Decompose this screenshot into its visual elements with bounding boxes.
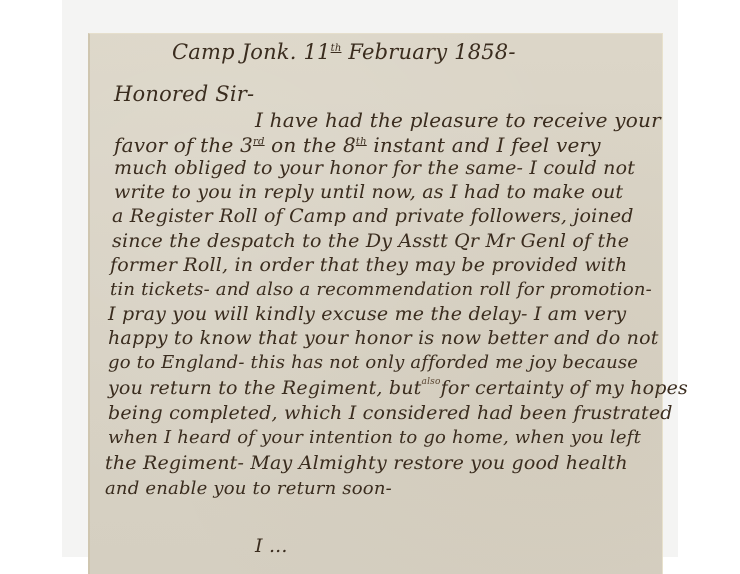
body-line-8: tin tickets- and also a recommendation r… xyxy=(110,279,652,300)
body-line-13: being completed, which I considered had … xyxy=(108,402,673,424)
inserted-word: also xyxy=(422,377,441,387)
body-line-1: I have had the pleasure to receive your xyxy=(255,108,661,132)
heading-day: 11 xyxy=(304,40,331,64)
heading-place: Camp Jonk. xyxy=(172,40,297,64)
body-line-7: former Roll, in order that they may be p… xyxy=(110,254,627,276)
body-line-16: and enable you to return soon- xyxy=(105,478,392,499)
superscript-th: th xyxy=(356,136,367,147)
body-line-9: I pray you will kindly excuse me the del… xyxy=(108,303,626,325)
body-line-5: a Register Roll of Camp and private foll… xyxy=(112,205,634,227)
heading-day-suffix: th xyxy=(331,43,342,54)
body-line-11: go to England- this has not only afforde… xyxy=(108,352,638,373)
salutation: Honored Sir- xyxy=(114,82,254,106)
body-line-14: when I heard of your intention to go hom… xyxy=(108,427,641,448)
body-line-17-partial: I ... xyxy=(255,535,288,557)
body-line-10: happy to know that your honor is now bet… xyxy=(108,327,659,349)
body-line-6: since the despatch to the Dy Asstt Qr Mr… xyxy=(112,230,629,252)
superscript-rd: rd xyxy=(253,136,265,147)
body-line-12: you return to the Regiment, butalsofor c… xyxy=(108,377,688,399)
body-line-4: write to you in reply until now, as I ha… xyxy=(114,181,623,203)
heading-month-year: February 1858- xyxy=(348,40,515,64)
body-line-3: much obliged to your honor for the same-… xyxy=(114,157,635,179)
body-line-2: favor of the 3rd on the 8th instant and … xyxy=(114,133,601,157)
letter-heading: Camp Jonk. 11th February 1858- xyxy=(172,40,516,64)
body-line-15: the Regiment- May Almighty restore you g… xyxy=(105,452,628,474)
